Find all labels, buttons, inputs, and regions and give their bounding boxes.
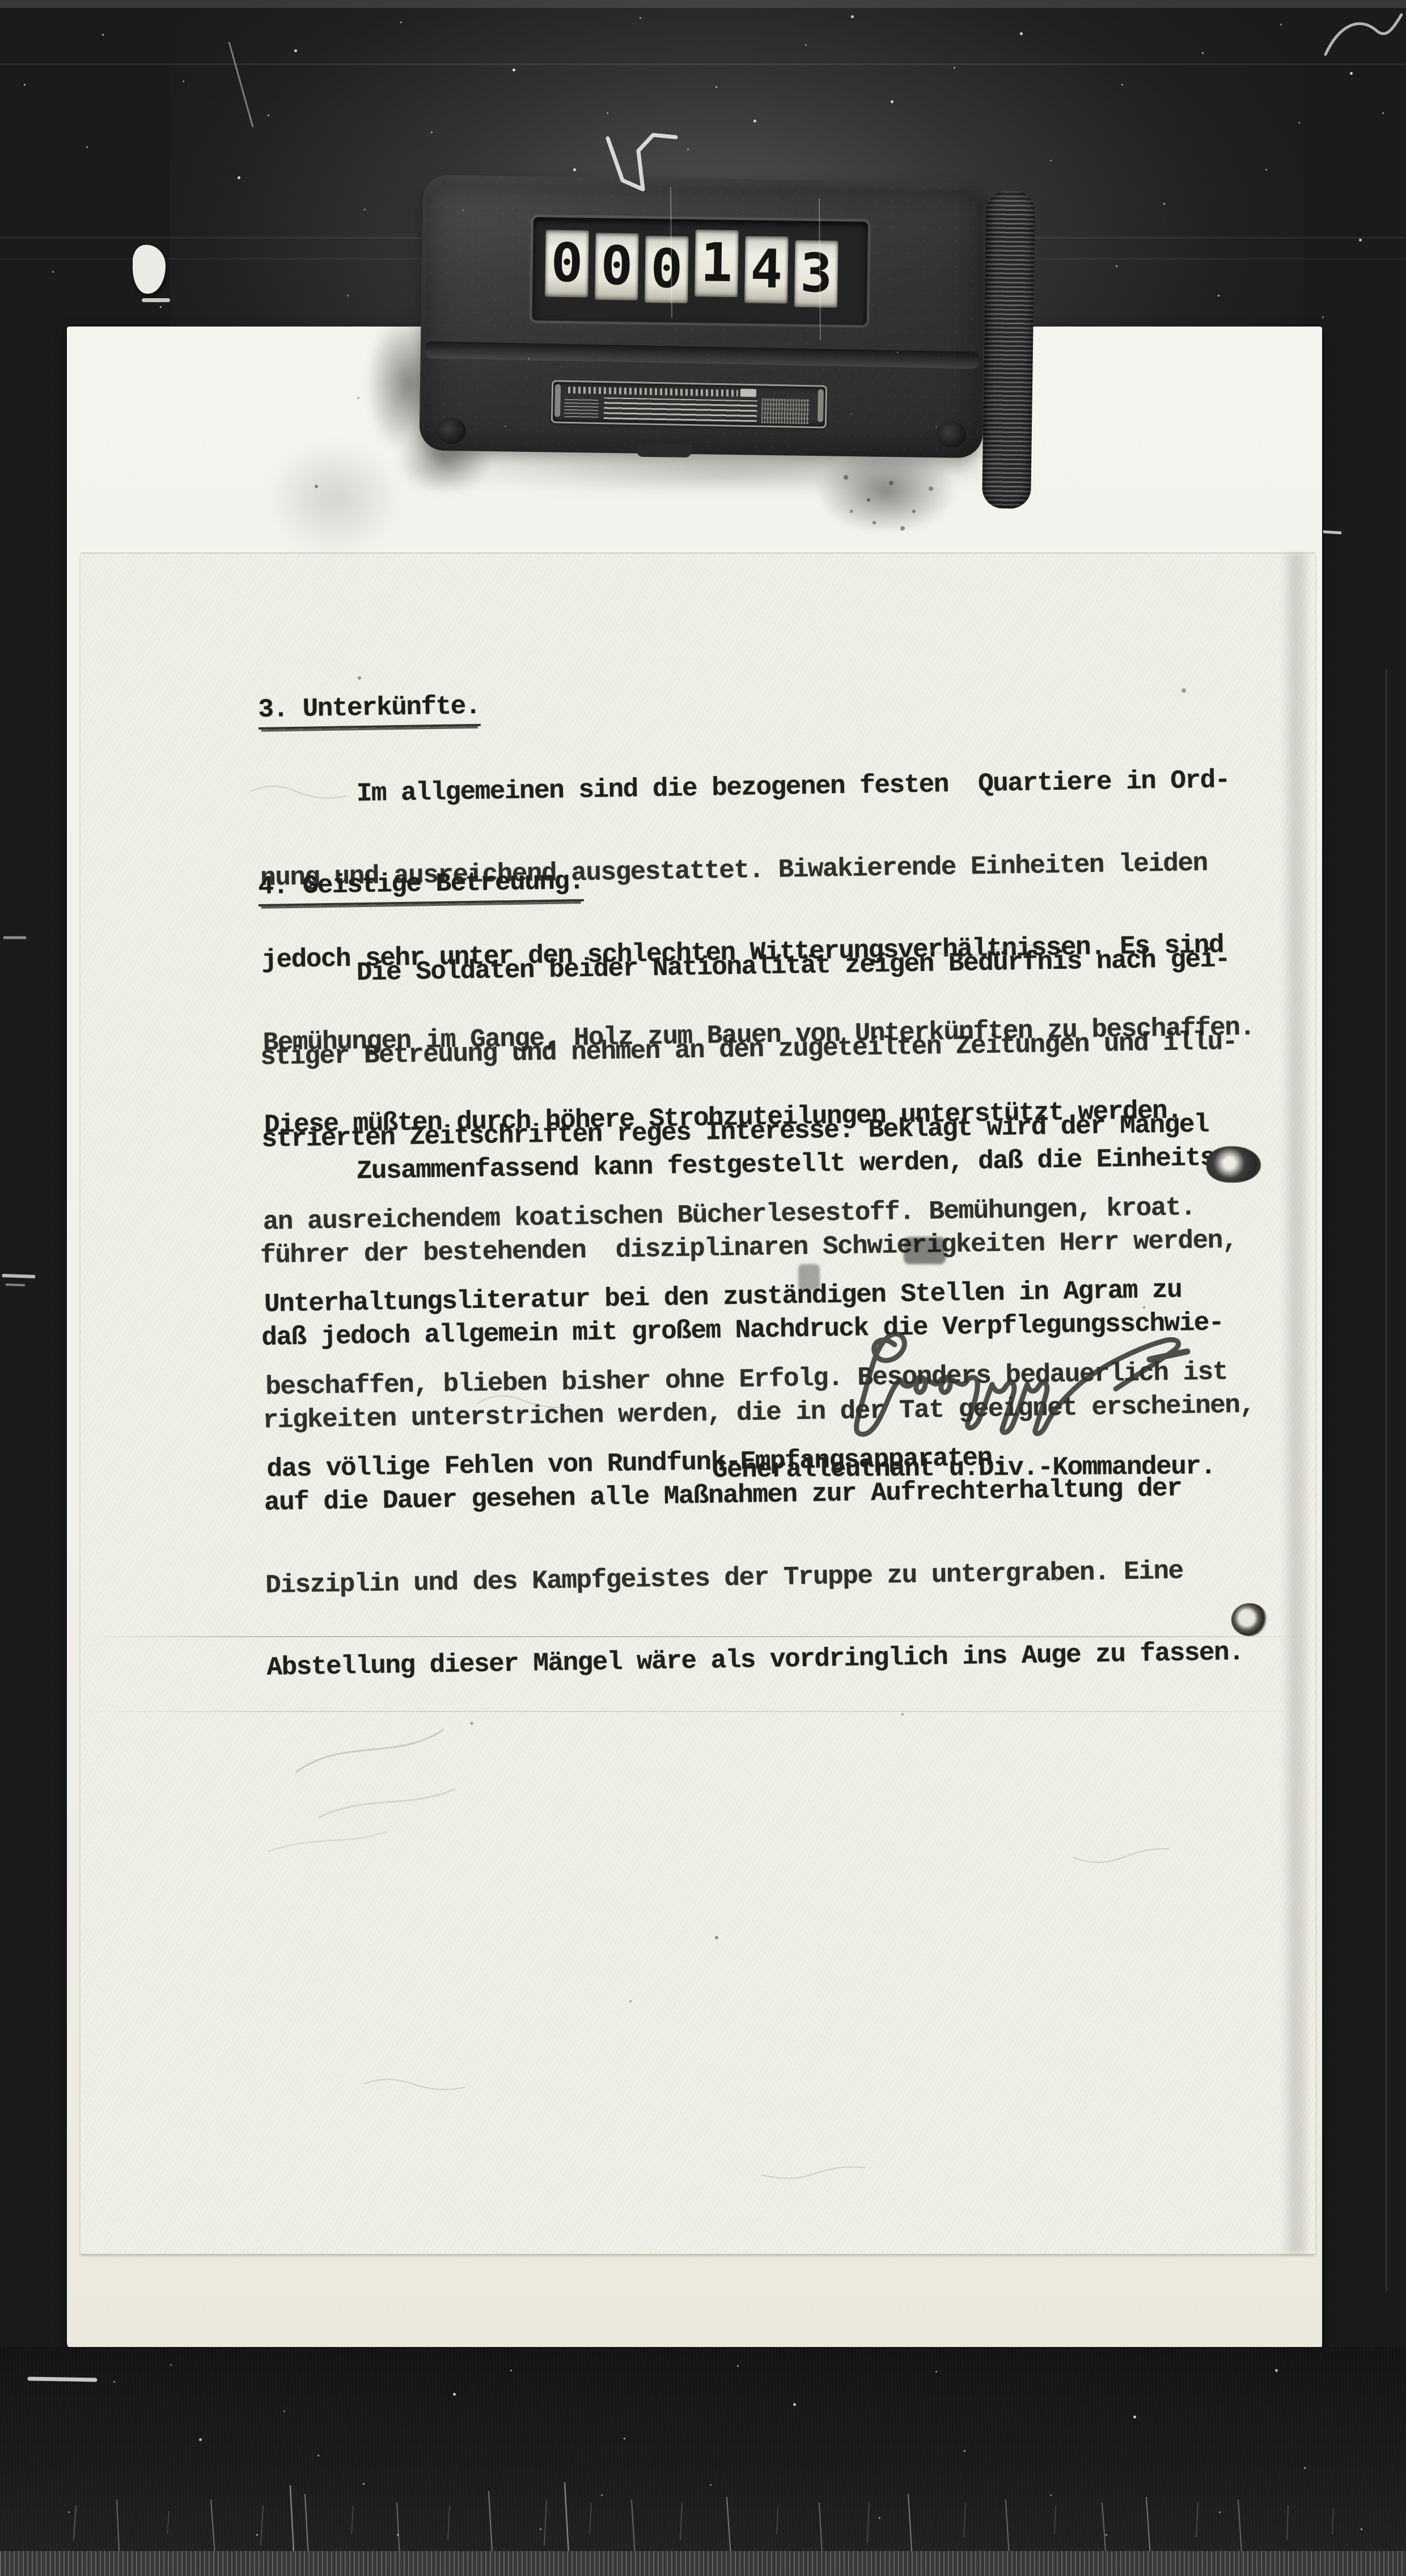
typed-line: Disziplin und des Kampfgeistes der Trupp… [265, 1556, 1257, 1599]
counter-foot-left [436, 418, 466, 444]
counter-digit: 0 [595, 233, 639, 300]
counter-body-seam [425, 341, 980, 369]
counter-digit: 4 [744, 236, 789, 303]
typed-line: stiger Betreuung und nehmen an den zuget… [260, 1028, 1237, 1071]
frame-counter-device: 0 0 0 1 4 3 [418, 175, 1041, 512]
film-bottom-band [0, 2551, 1406, 2576]
counter-bottom-tab [637, 443, 691, 457]
page-specks [81, 553, 83, 556]
typed-page: 3. Unterkünfte. Im allgemeinen sind die … [81, 553, 1315, 2254]
typed-line: Abstellung dieser Mängel wäre als vordri… [266, 1638, 1259, 1681]
counter-nameplate [551, 380, 827, 428]
page-right-wrinkle [1281, 553, 1311, 2254]
typed-line: Die Soldaten beider Nationalität zeigen … [259, 946, 1236, 989]
microfilm-frame: 3. Unterkünfte. Im allgemeinen sind die … [0, 0, 1406, 2576]
overstrike-smudge-vordringlich [798, 1264, 820, 1290]
counter-thumbwheel [982, 190, 1035, 509]
nameplate-fine-print [761, 398, 810, 424]
overstrike-smudge-zu [904, 1237, 946, 1264]
counter-digit: 3 [794, 240, 838, 308]
typed-line: Im allgemeinen sind die bezogenen festen… [259, 766, 1251, 810]
nameplate-logo [740, 389, 756, 397]
dust-smudge [815, 449, 957, 534]
section-4-heading: 4. Geistige Betreuung. [258, 867, 584, 906]
signature-title-line: Generalleutnant u.Div.-Kommandeur. [712, 1452, 1216, 1485]
counter-foot-right [936, 421, 966, 448]
film-bottom-area [0, 2347, 1406, 2576]
counter-digit: 0 [645, 236, 689, 303]
typed-line: daß jedoch allgemein mit großem Nachdruc… [261, 1308, 1253, 1351]
film-right-scratch [1386, 669, 1387, 2290]
typed-line: führer der bestehenden disziplinaren Sch… [260, 1226, 1252, 1269]
section-4-heading-wrap: 4. Geistige Betreuung. [258, 867, 584, 906]
counter-dust-specks [423, 175, 425, 176]
typed-line: Zusammenfassend kann festgestellt werden… [259, 1144, 1251, 1187]
closing-paragraph: Zusammenfassend kann festgestellt werden… [258, 1089, 1259, 1737]
counter-digit: 0 [545, 230, 589, 297]
counter-digit: 1 [694, 230, 739, 297]
nameplate-lines [604, 397, 757, 422]
film-top-edge [0, 0, 1406, 8]
counter-digit-window: 0 0 0 1 4 3 [532, 217, 868, 325]
typed-line: rigkeiten unterstrichen werden, die in d… [262, 1391, 1255, 1434]
ink-blot [1206, 1146, 1261, 1183]
emulsion-dash [142, 298, 170, 302]
paper-specks [0, 0, 2, 2]
ink-ring-blob [1231, 1603, 1268, 1636]
nameplate-left-text [564, 397, 599, 418]
nameplate-title-row [568, 387, 738, 397]
dust-smudge [266, 442, 403, 556]
film-band [0, 63, 1406, 65]
emulsion-blob [133, 245, 166, 294]
